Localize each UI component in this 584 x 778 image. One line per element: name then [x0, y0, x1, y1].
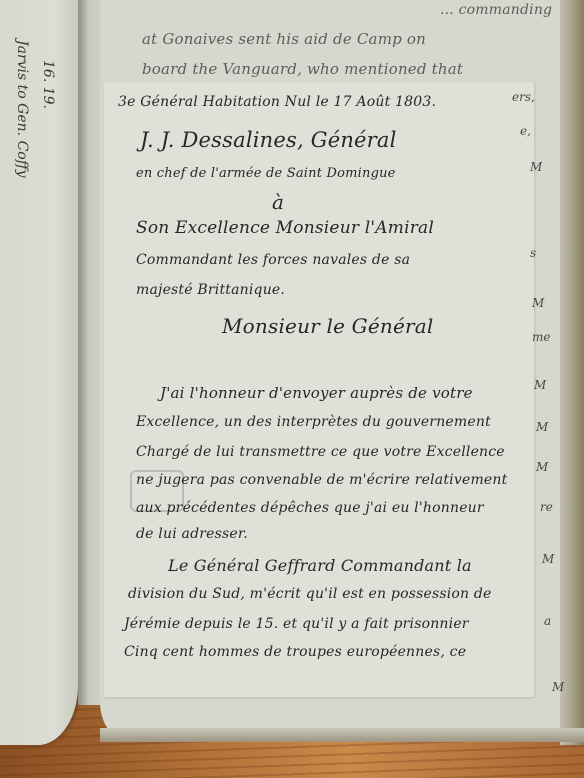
- margin-mark: e,: [520, 124, 531, 138]
- left-margin-folio: 16. 19.: [40, 60, 56, 109]
- recipient-line-1: Son Excellence Monsieur l'Amiral: [136, 218, 434, 238]
- paragraph2-line-2: division du Sud, m'écrit qu'il est en po…: [128, 586, 492, 602]
- letter-preposition: à: [272, 190, 284, 214]
- english-line-2: at Gonaives sent his aid de Camp on: [142, 30, 426, 48]
- english-line-3: board the Vanguard, who mentioned that: [142, 60, 463, 78]
- recipient-line-2: Commandant les forces navales de sa: [136, 252, 410, 268]
- paragraph1-line-2: Excellence, un des interprètes du gouver…: [136, 414, 491, 430]
- margin-mark: M: [536, 420, 548, 434]
- paragraph1-line-4: ne jugera pas convenable de m'écrire rel…: [136, 472, 507, 488]
- paragraph1-line-5: aux précédentes dépêches que j'ai eu l'h…: [136, 500, 484, 516]
- recipient-line-3: majesté Brittanique.: [136, 282, 285, 298]
- paragraph2-line-3: Jérémie depuis le 15. et qu'il y a fait …: [124, 616, 469, 632]
- letter-heading: 3e Général Habitation Nul le 17 Août 180…: [118, 94, 436, 110]
- letter-salutation: Monsieur le Général: [222, 314, 434, 338]
- paragraph1-line-6: de lui adresser.: [136, 526, 248, 542]
- margin-mark: M: [552, 680, 564, 694]
- margin-mark: M: [532, 296, 544, 310]
- letter-sender: J. J. Dessalines, Général: [140, 128, 397, 152]
- margin-mark: M: [534, 378, 546, 392]
- sender-title: en chef de l'armée de Saint Domingue: [136, 166, 396, 181]
- paragraph2-line-1: Le Général Geffrard Commandant la: [168, 556, 472, 575]
- margin-mark: ers,: [512, 90, 535, 104]
- paragraph2-line-4: Cinq cent hommes de troupes européennes,…: [124, 644, 466, 660]
- margin-mark: s: [530, 246, 536, 260]
- left-page: [0, 0, 78, 745]
- page-edge: [560, 0, 584, 745]
- paragraph1-line-3: Chargé de lui transmettre ce que votre E…: [136, 444, 505, 460]
- margin-mark: M: [542, 552, 554, 566]
- margin-mark: M: [536, 460, 548, 474]
- page-bottom-edge: [100, 728, 584, 742]
- margin-mark: a: [544, 614, 551, 628]
- left-margin-note: Jarvis to Gen. Coffy: [14, 40, 30, 178]
- margin-mark: re: [540, 500, 553, 514]
- english-line-1: ... commanding: [440, 2, 552, 18]
- paragraph1-line-1: J'ai l'honneur d'envoyer auprès de votre: [160, 384, 473, 402]
- margin-mark: me: [532, 330, 550, 344]
- margin-mark: M: [530, 160, 542, 174]
